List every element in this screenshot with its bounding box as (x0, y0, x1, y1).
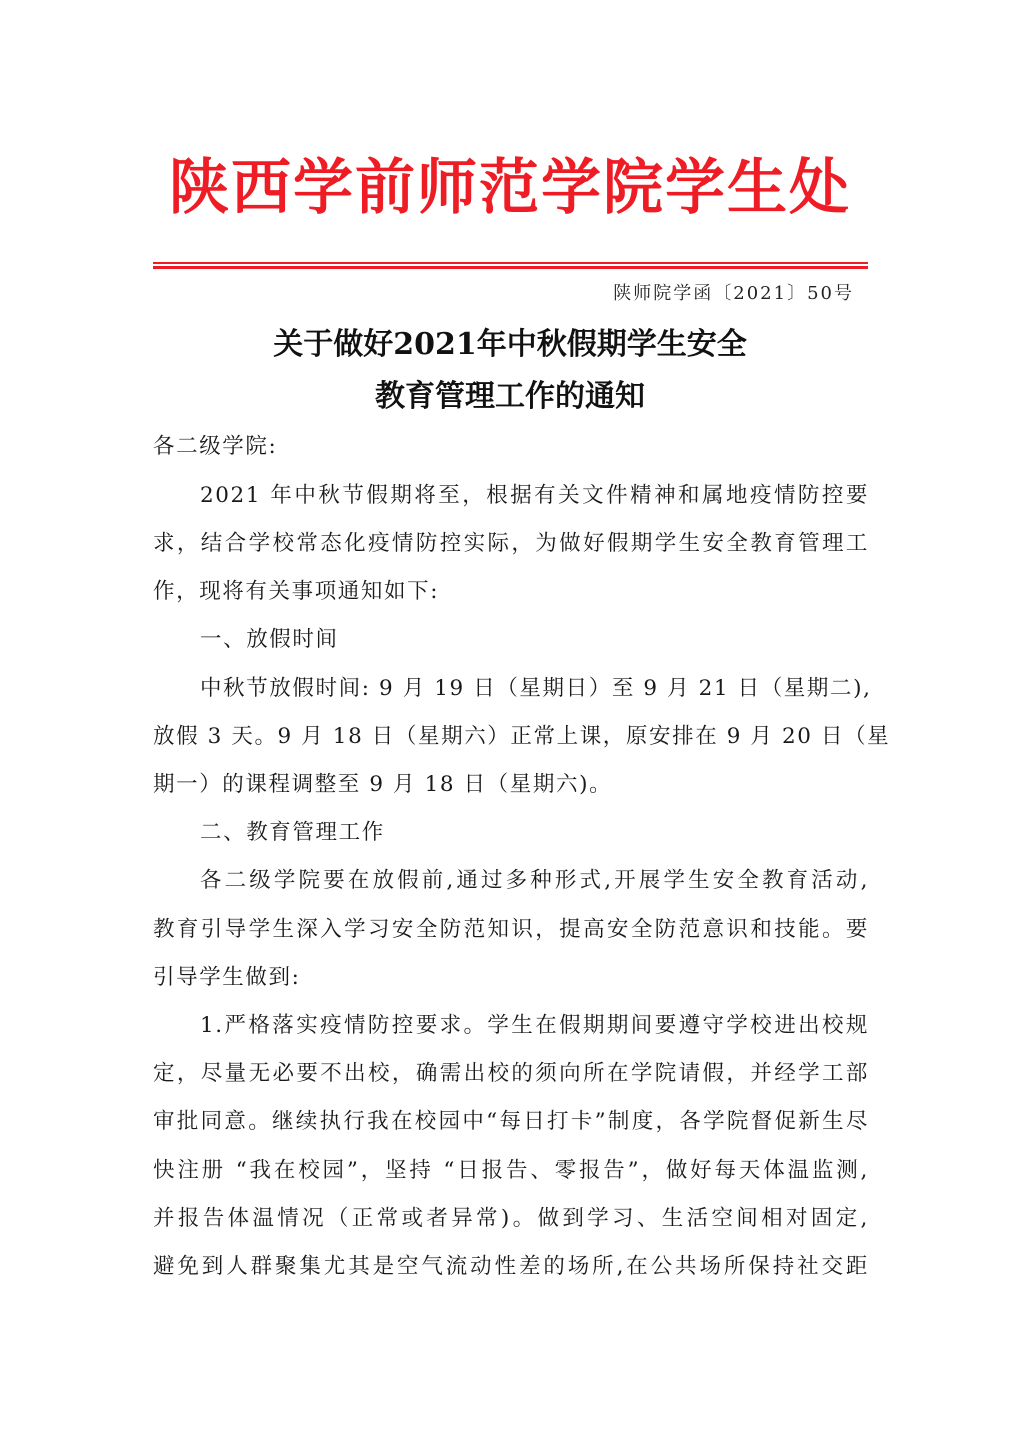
notice-title-line-1: 关于做好2021年中秋假期学生安全 (150, 325, 870, 365)
section-heading-education-management: 二、教育管理工作 (200, 818, 869, 848)
document-number: 陕师院学函〔2021〕50号 (613, 280, 854, 308)
rule-line-bottom (153, 266, 868, 269)
organization-masthead: 陕西学前师范学院学生处 (150, 148, 870, 228)
rule-line-top (153, 262, 868, 264)
body-line: 避免到人群聚集尤其是空气流动性差的场所,在公共场所保持社交距 (153, 1252, 869, 1282)
section-heading-holiday-time: 一、放假时间 (200, 625, 869, 655)
document-page: 陕西学前师范学院学生处 陕师院学函〔2021〕50号 关于做好2021年中秋假期… (0, 0, 1024, 1448)
body-line: 审批同意。继续执行我在校园中“每日打卡”制度，各学院督促新生尽 (153, 1107, 869, 1137)
body-line: 求，结合学校常态化疫情防控实际，为做好假期学生安全教育管理工 (153, 529, 869, 559)
body-line: 期一）的课程调整至 9 月 18 日（星期六)。 (153, 770, 869, 800)
body-line: 各二级学院要在放假前,通过多种形式,开展学生安全教育活动, (200, 866, 869, 896)
notice-title-line-2: 教育管理工作的通知 (150, 377, 870, 417)
body-line: 1.严格落实疫情防控要求。学生在假期期间要遵守学校进出校规 (200, 1011, 869, 1041)
body-line: 2021 年中秋节假期将至，根据有关文件精神和属地疫情防控要 (200, 481, 869, 511)
body-line: 中秋节放假时间: 9 月 19 日（星期日）至 9 月 21 日（星期二), (200, 674, 869, 704)
body-line: 放假 3 天。9 月 18 日（星期六）正常上课，原安排在 9 月 20 日（星 (153, 722, 869, 752)
salutation: 各二级学院: (153, 432, 869, 462)
body-line: 定，尽量无必要不出校，确需出校的须向所在学院请假，并经学工部 (153, 1059, 869, 1089)
body-line: 教育引导学生深入学习安全防范知识，提高安全防范意识和技能。要 (153, 915, 869, 945)
body-line: 作，现将有关事项通知如下: (153, 577, 869, 607)
body-line: 引导学生做到: (153, 963, 869, 993)
body-line: 并报告体温情况（正常或者异常)。做到学习、生活空间相对固定, (153, 1204, 869, 1234)
red-double-rule (153, 262, 868, 270)
body-line: 快注册 “我在校园”，坚持 “日报告、零报告”，做好每天体温监测, (153, 1156, 869, 1186)
